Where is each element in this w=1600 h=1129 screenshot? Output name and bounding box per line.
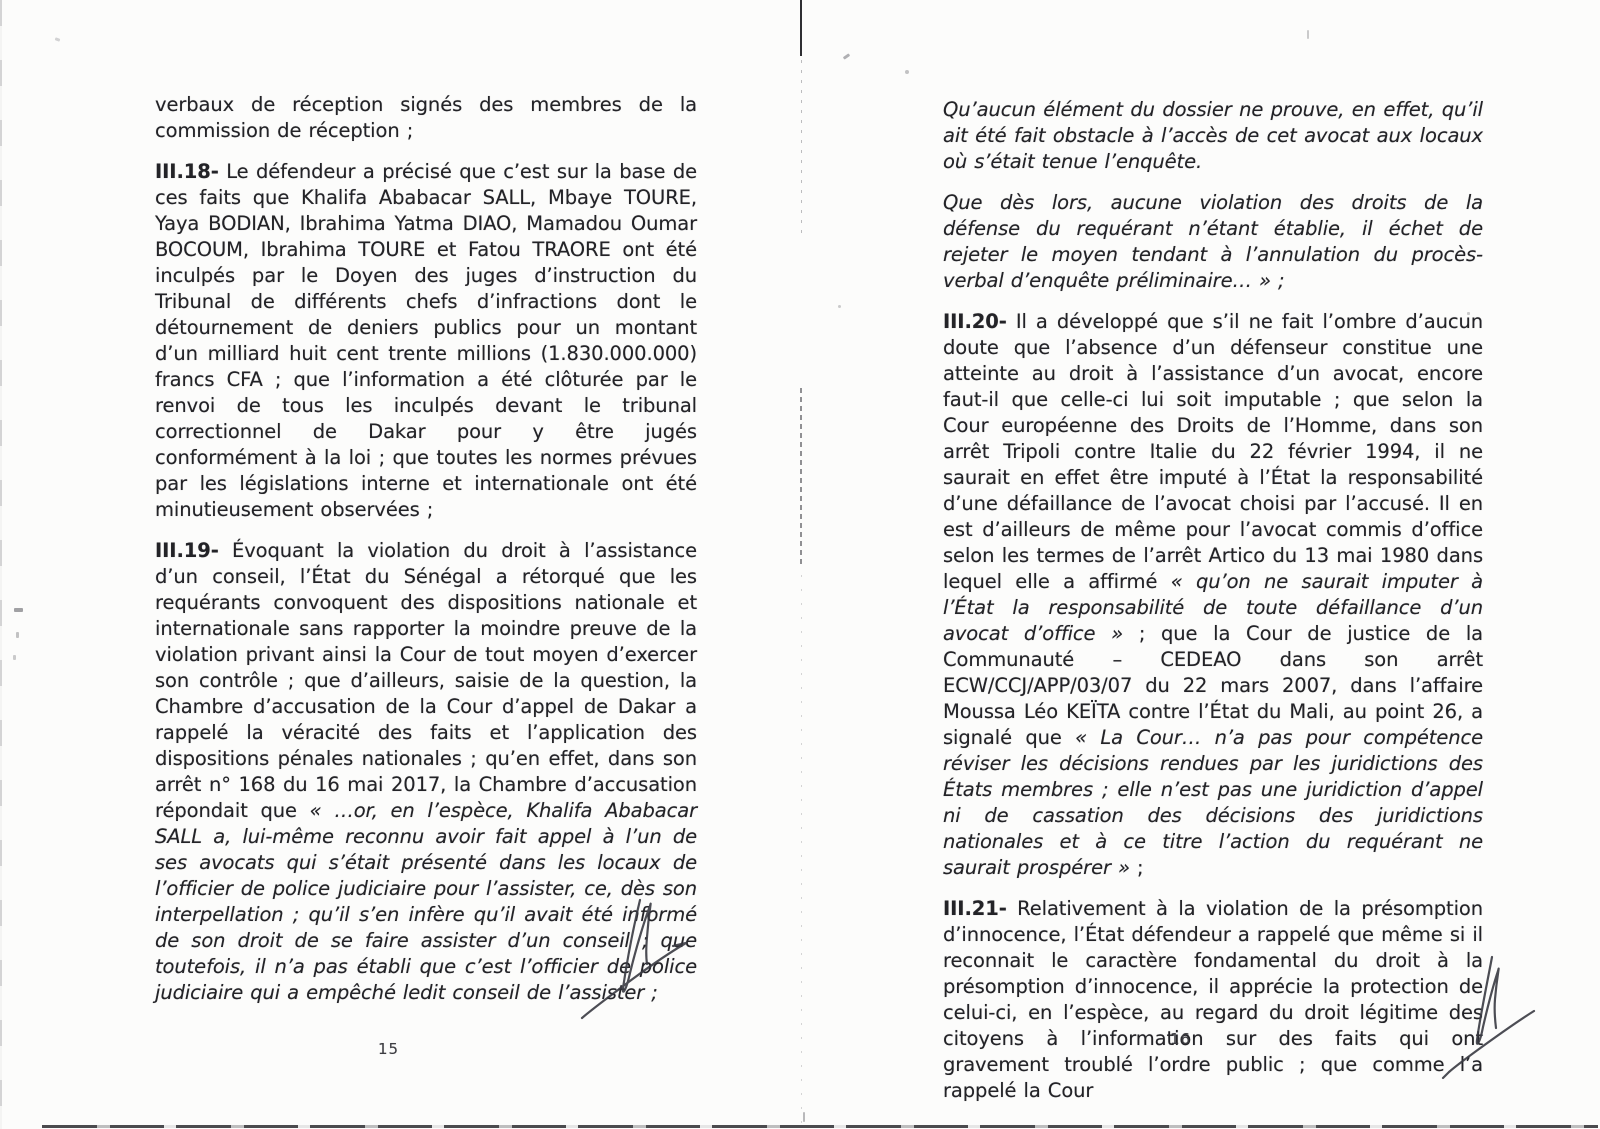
page-number-15: 15 bbox=[378, 1040, 399, 1058]
scanned-document: verbaux de réception signés des membres … bbox=[0, 0, 1600, 1129]
page-seam bbox=[800, 0, 802, 56]
text-run: III.20- bbox=[943, 310, 1007, 333]
text-run: III.18- bbox=[155, 160, 219, 183]
scan-edge-left bbox=[0, 0, 2, 1129]
text-run: Relativement à la violation de la présom… bbox=[943, 897, 1483, 1102]
page-16-text: Qu’aucun élément du dossier ne prouve, e… bbox=[943, 97, 1483, 1104]
paragraph: III.19- Évoquant la violation du droit à… bbox=[155, 538, 697, 1006]
text-run: verbaux de réception signés des membres … bbox=[155, 93, 697, 142]
scan-speck bbox=[843, 53, 850, 59]
scan-speck bbox=[16, 632, 19, 638]
scan-speck bbox=[803, 1112, 805, 1122]
page-seam-dashes bbox=[801, 60, 802, 235]
paragraph: III.18- Le défendeur a précisé que c’est… bbox=[155, 159, 697, 523]
scan-speck bbox=[1307, 30, 1309, 39]
paragraph: Qu’aucun élément du dossier ne prouve, e… bbox=[943, 97, 1483, 175]
text-run: III.21- bbox=[943, 897, 1007, 920]
text-run: Que dès lors, aucune violation des droit… bbox=[943, 191, 1483, 292]
text-run: ; bbox=[1130, 856, 1144, 879]
page-seam-dashes bbox=[801, 575, 802, 1129]
paragraph: verbaux de réception signés des membres … bbox=[155, 92, 697, 144]
text-run: Le défendeur a précisé que c’est sur la … bbox=[155, 160, 697, 521]
scan-speck bbox=[55, 37, 61, 42]
paragraph: III.20- Il a développé que s’il ne fait … bbox=[943, 309, 1483, 881]
page-number-16: 16 bbox=[1170, 1030, 1191, 1048]
scan-speck bbox=[905, 70, 909, 74]
scan-speck bbox=[1467, 312, 1470, 315]
text-run: Il a développé que s’il ne fait l’ombre … bbox=[943, 310, 1483, 593]
page-seam-dashes bbox=[800, 388, 802, 568]
paragraph: III.21- Relativement à la violation de l… bbox=[943, 896, 1483, 1104]
scan-speck bbox=[14, 608, 23, 612]
text-run: « …or, en l’espèce, Khalifa Ababacar SAL… bbox=[155, 799, 697, 1004]
page-15-text: verbaux de réception signés des membres … bbox=[155, 92, 697, 1006]
scan-speck bbox=[13, 655, 16, 660]
text-run: Évoquant la violation du droit à l’assis… bbox=[155, 539, 697, 822]
paragraph: Que dès lors, aucune violation des droit… bbox=[943, 190, 1483, 294]
scan-edge-bottom-bar bbox=[42, 1125, 1598, 1128]
scan-speck bbox=[838, 305, 841, 308]
text-run: III.19- bbox=[155, 539, 219, 562]
text-run: Qu’aucun élément du dossier ne prouve, e… bbox=[943, 98, 1483, 173]
